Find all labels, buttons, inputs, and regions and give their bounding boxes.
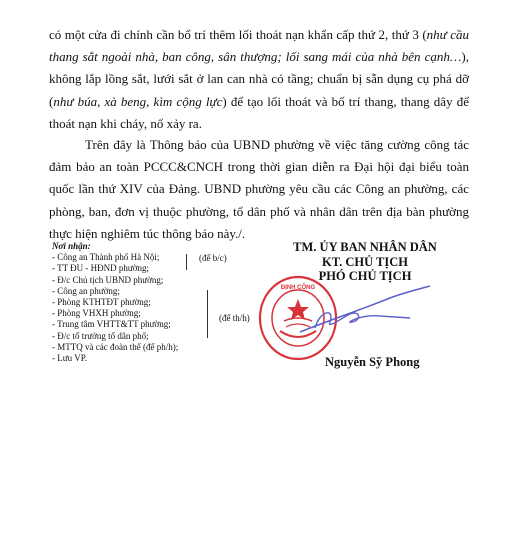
note-report: (để b/c) [199, 253, 227, 263]
recipient-item: - Phòng KTHTĐT phường; [52, 297, 178, 308]
recipient-item: - Công an phường; [52, 286, 178, 297]
recipient-item: - Phòng VHXH phường; [52, 308, 178, 319]
sign-title-line2: KT. CHỦ TỊCH [285, 255, 445, 270]
recipient-item: - Đ/c Chủ tịch UBND phường; [52, 275, 178, 286]
recipient-item: - Trung tâm VHTT&TT phường; [52, 319, 178, 330]
recipients-list: Nơi nhận: - Công an Thành phố Hà Nội; - … [52, 241, 178, 364]
recipient-item: - Đ/c tổ trưởng tổ dân phố; [52, 331, 178, 342]
italic-examples-tools: như búa, xà beng, kìm cộng lực [53, 94, 222, 109]
recipient-item: - TT ĐU - HĐND phường; [52, 263, 178, 274]
bracket-report [186, 254, 187, 270]
recipients-title: Nơi nhận [52, 241, 88, 251]
recipient-item: - Công an Thành phố Hà Nội; [52, 252, 178, 263]
paragraph-evacuation: có một cửa đi chính cần bố trí thêm lối … [49, 24, 469, 135]
text-span: có một cửa đi chính cần bố trí thêm lối … [49, 27, 427, 42]
bracket-implement [207, 290, 208, 338]
recipient-item: - MTTQ và các đoàn thể (để ph/h); [52, 342, 178, 353]
note-implement: (để th/h) [219, 313, 250, 323]
sign-title-line1: TM. ỦY BAN NHÂN DÂN [285, 240, 445, 255]
recipient-item: - Lưu VP. [52, 353, 178, 364]
signer-name: Nguyễn Sỹ Phong [325, 355, 419, 370]
paragraph-conclusion: Trên đây là Thông báo của UBND phường về… [49, 134, 469, 245]
handwritten-signature-icon [290, 280, 440, 340]
